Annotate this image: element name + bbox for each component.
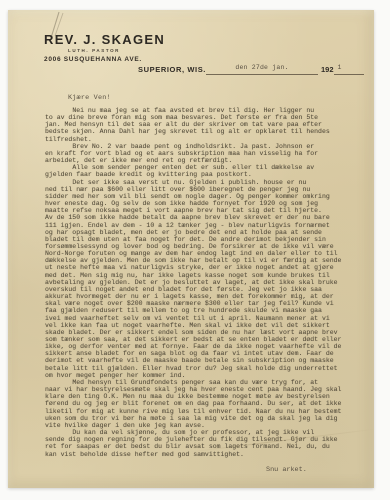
salutation: Kjære Ven!: [68, 94, 111, 102]
dateline-year-blank: 1: [334, 56, 364, 75]
letter-paragraph: Du kan da vel skjønne, du som jo er prof…: [45, 429, 360, 458]
letter-body: Nei nu maa jeg se at faa avsted et brev …: [45, 107, 360, 458]
letter-paragraph: Alle som sender penger enten det er sub.…: [45, 164, 360, 178]
letterhead-title: LUTH. PASTOR: [68, 48, 165, 53]
dateline-place: SUPERIOR, WIS.: [138, 65, 206, 75]
letter-paragraph: Nei nu maa jeg se at faa avsted et brev …: [45, 107, 360, 143]
letter-paragraph: Med hensyn til Grundfondets penger saa k…: [45, 379, 360, 429]
letter-paragraph: Brev No. 2 var baade pent og indholdsrik…: [45, 143, 360, 164]
letterhead-name: REV. J. SKAGEN: [44, 32, 165, 47]
dateline-year-printed: 192: [321, 65, 334, 75]
dateline-date-blank: den 27de jan.: [206, 56, 318, 75]
closing-note: Snu arket.: [266, 466, 307, 474]
scanned-letter-page: { "document": { "letterhead": { "name": …: [0, 0, 390, 500]
letter-paper: REV. J. SKAGEN LUTH. PASTOR 2006 SUSQUEH…: [8, 10, 374, 488]
dateline-typed-date: den 27de jan.: [235, 64, 288, 71]
dateline: SUPERIOR, WIS. den 27de jan. 192 1: [138, 56, 364, 75]
letter-paragraph: Det ser ikke saa verst ut nu. Gjelden i …: [45, 179, 360, 379]
dateline-typed-year: 1: [338, 64, 342, 71]
